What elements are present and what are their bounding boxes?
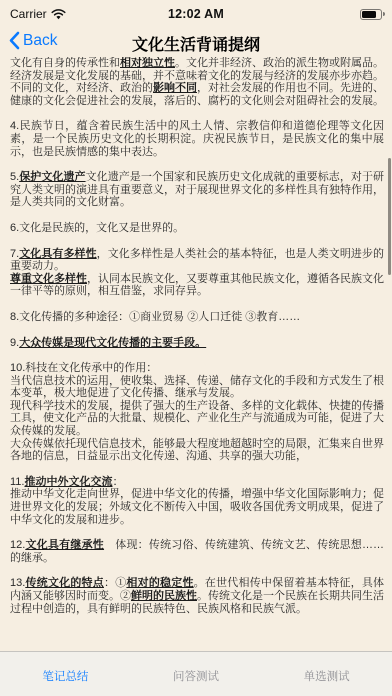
status-bar: Carrier 12:02 AM [0,0,392,28]
battery-icon [360,9,382,20]
note-text: 文化有自身的传承性和 [10,57,120,69]
key-term: 保护文化遗产 [19,171,85,183]
tab-qa-test[interactable]: 问答测试 [131,664,262,684]
note-paragraph: 11.推动中外文化交流： [10,476,384,489]
note-text: 11. [10,476,24,488]
note-paragraph: 文化有自身的传承性和相对独立性。文化并非经济、政治的派生物或附属品。经济发展是文… [10,57,384,82]
note-text: 5. [10,171,19,183]
note-text: 13. [10,577,25,589]
note-paragraph: 大众传媒依托现代信息技术，能够最大程度地超越时空的局限，汇集来自世界各地的信息，… [10,438,384,463]
note-text: 大众传媒依托现代信息技术，能够最大程度地超越时空的局限，汇集来自世界各地的信息，… [10,438,384,463]
note-paragraph: 推动中华文化走向世界，促进中华文化的传播，增强中华文化国际影响力；促进世界文化的… [10,488,384,526]
note-text: 9. [10,337,19,349]
note-text: 4.民族节日，蕴含着民族生活中的风土人情、宗教信仰和道德伦理等文化因素，是一个民… [10,120,384,157]
back-chevron-icon [8,31,20,50]
back-button[interactable]: Back [8,31,57,50]
note-text: 10.科技在文化传承中的作用： [10,362,157,374]
key-term: 传统文化的特点 [25,577,104,589]
note-text: 12. [10,539,25,551]
note-paragraph: 当代信息技术的运用，使收集、选择、传递、储存文化的手段和方式发生了根本变革，极大… [10,375,384,400]
note-paragraph: 9.大众传媒是现代文化传播的主要手段。 [10,337,384,350]
note-paragraph: 12.文化具有继承性 体现：传统习俗、传统建筑、传统文艺、传统思想……的继承。 [10,539,384,564]
note-paragraph: 6.文化是民族的，文化又是世界的。 [10,222,384,235]
note-paragraph: 不同的文化，对经济、政治的影响不同，对社会发展的作用也不同。先进的、健康的文化会… [10,82,384,107]
note-paragraph: 4.民族节日，蕴含着民族生活中的风土人情、宗教信仰和道德伦理等文化因素，是一个民… [10,120,384,158]
note-paragraph: 13.传统文化的特点：①相对的稳定性。在世代相传中保留着基本特征，具体内涵又能够… [10,577,384,615]
note-paragraph: 现代科学技术的发展，提供了强大的生产设备、多样的文化载体、快捷的传播工具，使文化… [10,400,384,438]
page-title: 文化生活背诵提纲 [60,32,332,55]
key-term: 推动中外文化交流 [24,476,112,488]
note-paragraph: 尊重文化多样性，认同本民族文化，又要尊重其他民族文化，遵循各民族文化一律平等的原… [10,273,384,298]
key-term: 文化具有多样性 [19,248,96,260]
app-screen: Carrier 12:02 AM Back 文化生活背诵提纲 文化有自身的传承性… [0,0,392,696]
note-text: 推动中华文化走向世界，促进中华文化的传播，增强中华文化国际影响力；促进世界文化的… [10,488,384,525]
note-text: 8.文化传播的多种途径：①商业贸易 ②人口迁徙 ③教育…… [10,311,300,323]
note-paragraph: 5.保护文化遗产文化遗产是一个国家和民族历史文化成就的重要标志，对于研究人类文明… [10,171,384,209]
nav-bar: Back 文化生活背诵提纲 [0,28,392,57]
tab-single-choice-test[interactable]: 单选测试 [261,664,392,684]
key-term: 文化具有继承性 [25,539,104,551]
note-text: 当代信息技术的运用，使收集、选择、传递、储存文化的手段和方式发生了根本变革，极大… [10,375,384,400]
key-term: 相对的稳定性 [126,577,193,589]
notes-content: 文化有自身的传承性和相对独立性。文化并非经济、政治的派生物或附属品。经济发展是文… [0,57,392,651]
tab-notes-summary[interactable]: 笔记总结 [0,664,131,684]
back-label: Back [23,32,57,50]
key-term: 尊重文化多样性 [10,273,87,285]
note-paragraph: 10.科技在文化传承中的作用： [10,362,384,375]
note-text: 6.文化是民族的，文化又是世界的。 [10,222,184,234]
key-term: 大众传媒是现代文化传播的主要手段。 [19,337,206,349]
key-term: 影响不同 [153,82,197,94]
status-time: 12:02 AM [0,7,392,21]
note-paragraph: 8.文化传播的多种途径：①商业贸易 ②人口迁徙 ③教育…… [10,311,384,324]
key-term: 鲜明的民族性 [131,590,197,602]
note-text: 7. [10,248,19,260]
note-paragraph: 7.文化具有多样性，文化多样性是人类社会的基本特征，也是人类文明进步的重要动力。 [10,248,384,273]
note-text: ： [112,476,123,488]
note-text: 现代科学技术的发展，提供了强大的生产设备、多样的文化载体、快捷的传播工具，使文化… [10,400,384,437]
tab-bar: 笔记总结问答测试单选测试 [0,651,392,696]
key-term: 相对独立性 [120,57,175,69]
note-text: ：① [104,577,126,589]
status-right [360,9,382,20]
scrollbar-thumb[interactable] [388,158,391,275]
note-text: 不同的文化，对经济、政治的 [10,82,153,94]
battery-fill [362,11,376,18]
